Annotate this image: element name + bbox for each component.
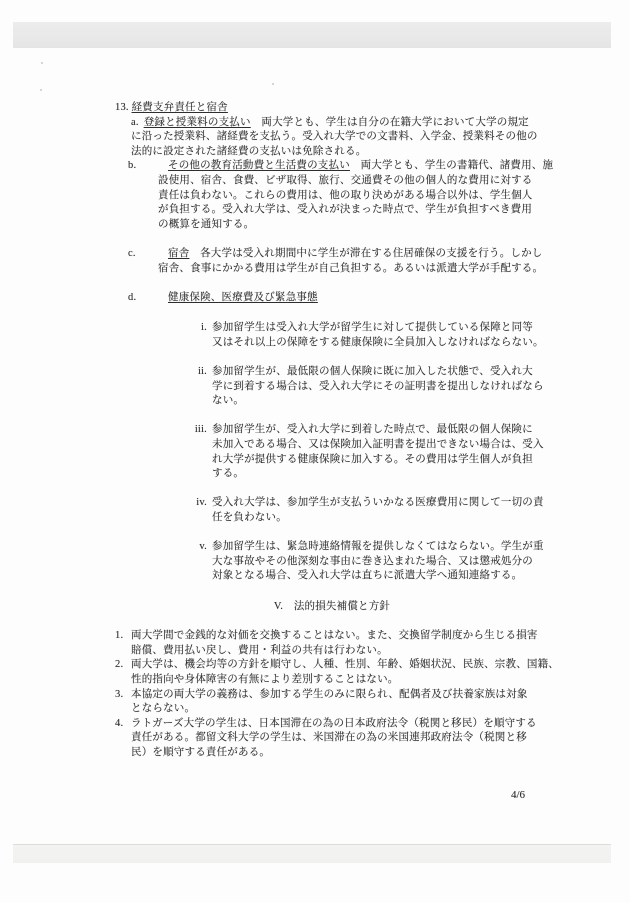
item-b-text: 両大学とも、学生の書籍代、諸費用、施 (350, 160, 553, 171)
numbered-item-2-line-2: 性的指向や身体障害の有無により差別することはない。 (131, 673, 559, 688)
section-13-number: 13. (115, 102, 129, 113)
numbered-item-3-text: 本協定の両大学の義務は、参加する学生のみに限られ、配偶者及び扶養家族は対象 とな… (131, 688, 528, 717)
roman-item-iv-label: iv. (181, 496, 207, 525)
numbered-item-4-line-2: 責任がある。都留文科大学の学生は、米国滞在の為の米国連邦政府法令（税関と移 (131, 731, 537, 746)
document-content: 13. 経費支弁責任と宿舎 a.登録と授業料の支払い 両大学とも、学生は自分の在… (115, 101, 527, 761)
roman-item-iii-label: iii. (181, 423, 207, 481)
roman-item-v-line-2: 大な事故やその他深刻な事由に巻き込まれた場合、又は懲戒処分の (212, 555, 544, 570)
item-b: b. その他の教育活動費と生活費の支払い 両大学とも、学生の書籍代、諸費用、施 … (115, 159, 527, 232)
roman-item-v-text: 参加留学生は、緊急時連絡情報を提供しなくてはならない。学生が重 大な事故やその他… (212, 540, 544, 584)
roman-item-iii-line-4: する。 (212, 467, 544, 482)
roman-item-ii-text: 参加留学生が、最低限の個人保険に既に加入した状態で、受入れ大 学に到着する場合は… (212, 365, 544, 409)
roman-item-iv-line-2: 任を負わない。 (212, 511, 544, 526)
item-d-label: d. (128, 291, 168, 306)
roman-item-i: i. 参加留学生は受入れ大学が留学生に対して提供している保障と同等 又はそれ以上… (181, 321, 527, 350)
roman-item-ii-line-1: 参加留学生が、最低限の個人保険に既に加入した状態で、受入れ大 (212, 365, 544, 380)
numbered-item-1-line-2: 賠償、費用払い戻し、費用・利益の共有は行わない。 (131, 644, 538, 659)
roman-item-i-line-1: 参加留学生は受入れ大学が留学生に対して提供している保障と同等 (212, 321, 544, 336)
numbered-item-2-line-1: 両大学は、機会均等の方針を順守し、人種、性別、年齢、婚姻状況、民族、宗教、国籍、 (131, 658, 559, 673)
numbered-item-1-label: 1. (115, 629, 131, 658)
item-c-line-1: c. 宿舎 各大学は受入れ期間中に学生が滞在する住居確保の支援を行う。しかし (128, 247, 527, 262)
numbered-item-1-text: 両大学間で金銭的な対価を交換することはない。また、交換留学制度から生じる損害 賠… (131, 629, 538, 658)
item-a: a.登録と授業料の支払い 両大学とも、学生は自分の在籍大学において大学の規定 に… (131, 116, 527, 160)
item-b-line-4: が負担する。受入れ大学は、受入れが決まった時点で、学生が負担すべき費用 (158, 203, 527, 218)
item-d-line-1: d. 健康保険、医療費及び緊急事態 (128, 291, 527, 306)
roman-item-iii: iii. 参加留学生が、受入れ大学に到着した時点で、最低限の個人保険に 未加入で… (181, 423, 527, 481)
roman-item-iii-line-1: 参加留学生が、受入れ大学に到着した時点で、最低限の個人保険に (212, 423, 544, 438)
item-a-line-2: に沿った授業料、諸経費を支払う。受入れ大学での文書料、入学金、授業料その他の (131, 130, 527, 145)
section-5-heading: V. 法的損失補償と方針 (115, 600, 527, 615)
section-13-heading: 13. 経費支弁責任と宿舎 (115, 101, 527, 116)
numbered-item-4-text: ラトガーズ大学の学生は、日本国滞在の為の日本政府法令（税関と移民）を順守する 責… (131, 717, 537, 761)
scan-speck (272, 83, 274, 85)
numbered-item-1-line-1: 両大学間で金銭的な対価を交換することはない。また、交換留学制度から生じる損害 (131, 629, 538, 644)
numbered-item-4-line-3: 民）を順守する責任がある。 (131, 746, 537, 761)
item-c-title-line: 宿舎 各大学は受入れ期間中に学生が滞在する住居確保の支援を行う。しかし (168, 247, 543, 262)
numbered-item-1: 1. 両大学間で金銭的な対価を交換することはない。また、交換留学制度から生じる損… (115, 629, 527, 658)
roman-item-v-line-1: 参加留学生は、緊急時連絡情報を提供しなくてはならない。学生が重 (212, 540, 544, 555)
item-a-label: a. (131, 117, 139, 128)
roman-item-iv-line-1: 受入れ大学は、参加学生が支払ういかなる医療費用に関して一切の責 (212, 496, 544, 511)
item-a-text: 両大学とも、学生は自分の在籍大学において大学の規定 (251, 117, 529, 128)
item-c-text: 各大学は受入れ期間中に学生が滞在する住居確保の支援を行う。しかし (189, 248, 542, 259)
roman-item-iii-line-2: 未加入である場合、又は保険加入証明書を提出できない場合は、受入 (212, 438, 544, 453)
item-b-label: b. (128, 159, 168, 174)
numbered-item-2-text: 両大学は、機会均等の方針を順守し、人種、性別、年齢、婚姻状況、民族、宗教、国籍、… (131, 658, 559, 687)
page-number: 4/6 (511, 789, 525, 801)
item-b-line-1: b. その他の教育活動費と生活費の支払い 両大学とも、学生の書籍代、諸費用、施 (128, 159, 527, 174)
scan-artifact-band-bottom (13, 844, 611, 863)
section-13-title: 経費支弁責任と宿舎 (132, 102, 228, 113)
item-a-title: 登録と授業料の支払い (144, 117, 251, 128)
item-d-title: 健康保険、医療費及び緊急事態 (168, 291, 318, 306)
item-b-title: その他の教育活動費と生活費の支払い (168, 160, 350, 171)
numbered-item-2-label: 2. (115, 658, 131, 687)
item-a-line-1: a.登録と授業料の支払い 両大学とも、学生は自分の在籍大学において大学の規定 (131, 116, 527, 131)
item-b-line-3: 責任は負わない。これらの費用は、他の取り決めがある場合以外は、学生個人 (158, 189, 527, 204)
roman-item-ii: ii. 参加留学生が、最低限の個人保険に既に加入した状態で、受入れ大 学に到着す… (181, 365, 527, 409)
roman-item-ii-label: ii. (181, 365, 207, 409)
item-b-line-5: の概算を通知する。 (158, 218, 527, 233)
item-c-line-2: 宿舎、食事にかかる費用は学生が自己負担する。あるいは派遣大学が手配する。 (158, 262, 527, 277)
numbered-item-4: 4. ラトガーズ大学の学生は、日本国滞在の為の日本政府法令（税関と移民）を順守す… (115, 717, 527, 761)
roman-item-iii-text: 参加留学生が、受入れ大学に到着した時点で、最低限の個人保険に 未加入である場合、… (212, 423, 544, 481)
numbered-item-3: 3. 本協定の両大学の義務は、参加する学生のみに限られ、配偶者及び扶養家族は対象… (115, 688, 527, 717)
roman-item-v-line-3: 対象となる場合、受入れ大学は直ちに派遣大学へ通知連絡する。 (212, 569, 544, 584)
roman-item-ii-line-2: 学に到着する場合は、受入れ大学にその証明書を提出しなければなら (212, 380, 544, 395)
numbered-item-3-line-2: とならない。 (131, 702, 528, 717)
numbered-item-3-line-1: 本協定の両大学の義務は、参加する学生のみに限られ、配偶者及び扶養家族は対象 (131, 688, 528, 703)
roman-item-i-line-2: 又はそれ以上の保障をする健康保険に全員加入しなければならない。 (212, 336, 544, 351)
item-b-title-line: その他の教育活動費と生活費の支払い 両大学とも、学生の書籍代、諸費用、施 (168, 159, 553, 174)
roman-item-v: v. 参加留学生は、緊急時連絡情報を提供しなくてはならない。学生が重 大な事故や… (181, 540, 527, 584)
item-c-label: c. (128, 247, 168, 262)
item-b-line-2: 設使用、宿舎、食費、ビザ取得、旅行、交通費その他の個人的な費用に対する (158, 174, 527, 189)
scan-artifact-band-top (13, 22, 611, 48)
item-a-line-3: 法的に設定された諸経費の支払いは免除される。 (131, 145, 527, 160)
roman-item-ii-line-3: ない。 (212, 394, 544, 409)
roman-item-i-text: 参加留学生は受入れ大学が留学生に対して提供している保障と同等 又はそれ以上の保障… (212, 321, 544, 350)
numbered-item-2: 2. 両大学は、機会均等の方針を順守し、人種、性別、年齢、婚姻状況、民族、宗教、… (115, 658, 527, 687)
numbered-item-3-label: 3. (115, 688, 131, 717)
numbered-item-4-line-1: ラトガーズ大学の学生は、日本国滞在の為の日本政府法令（税関と移民）を順守する (131, 717, 537, 732)
item-c: c. 宿舎 各大学は受入れ期間中に学生が滞在する住居確保の支援を行う。しかし 宿… (115, 247, 527, 276)
numbered-item-4-label: 4. (115, 717, 131, 761)
scan-speck (40, 89, 42, 91)
item-d: d. 健康保険、医療費及び緊急事態 (115, 291, 527, 306)
roman-item-iv: iv. 受入れ大学は、参加学生が支払ういかなる医療費用に関して一切の責 任を負わ… (181, 496, 527, 525)
roman-item-i-label: i. (181, 321, 207, 350)
item-c-title: 宿舎 (168, 248, 189, 259)
scan-speck (41, 62, 43, 64)
roman-item-iv-text: 受入れ大学は、参加学生が支払ういかなる医療費用に関して一切の責 任を負わない。 (212, 496, 544, 525)
roman-item-v-label: v. (181, 540, 207, 584)
roman-item-iii-line-3: れ大学が提供する健康保険に加入する。その費用は学生個人が負担 (212, 453, 544, 468)
